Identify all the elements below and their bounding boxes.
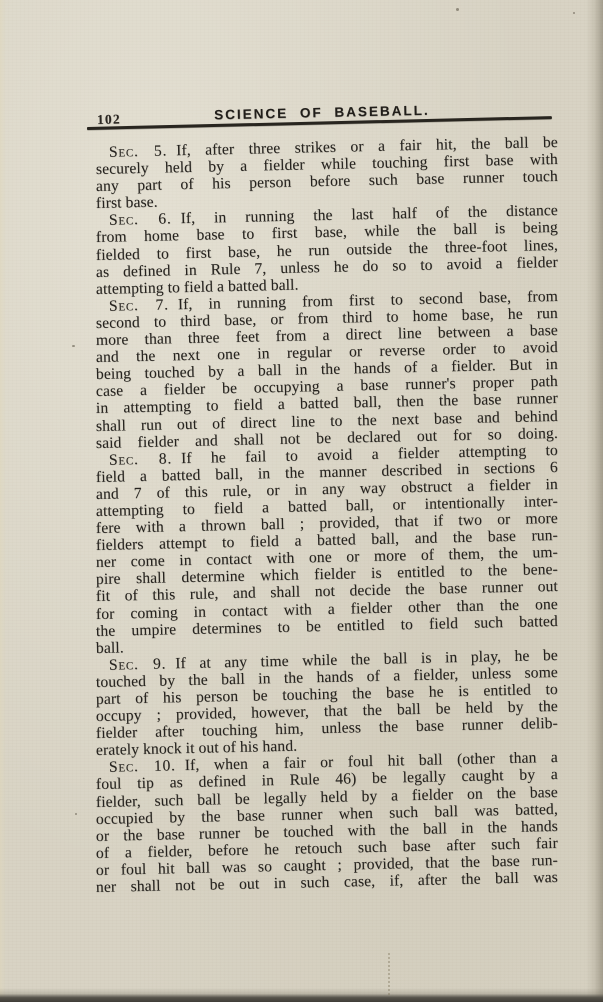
page-right-edge-shadow: [586, 0, 603, 1002]
rules-text-body: Sec. 5.If, after three strikes or a fair…: [96, 144, 558, 896]
section-label: Sec. 10.: [109, 758, 176, 776]
scan-speck: [75, 813, 77, 815]
section-label: Sec. 6.: [109, 211, 172, 229]
section-label: Sec. 7.: [109, 296, 169, 314]
page-bottom-edge-shadow: [0, 988, 603, 1002]
section-label: Sec. 5.: [109, 142, 168, 160]
scanned-book-page: 102 SCIENCE OF BASEBALL. Sec. 5.If, afte…: [0, 0, 603, 1002]
scan-speck: [456, 8, 459, 11]
section-label: Sec. 8.: [109, 450, 172, 468]
page-left-edge-shadow: [0, 0, 6, 1002]
section-paragraph: Sec. 7.If, in running from first to seco…: [96, 298, 558, 452]
section-paragraph: Sec. 6.If, in running the last half of t…: [96, 212, 558, 297]
section-paragraph: Sec. 5.If, after three strikes or a fair…: [96, 144, 558, 212]
section-label: Sec. 9.: [109, 655, 167, 673]
scan-artifact-dotted-line: [388, 953, 390, 995]
section-paragraph: Sec. 9.If at any time while the ball is …: [96, 657, 558, 760]
scan-speck: [72, 345, 75, 347]
section-paragraph: Sec. 8.If he fail to avoid a fielder att…: [96, 452, 558, 657]
scan-speck: [573, 12, 575, 14]
section-paragraph: Sec. 10.If, when a fair or foul hit ball…: [96, 759, 558, 896]
